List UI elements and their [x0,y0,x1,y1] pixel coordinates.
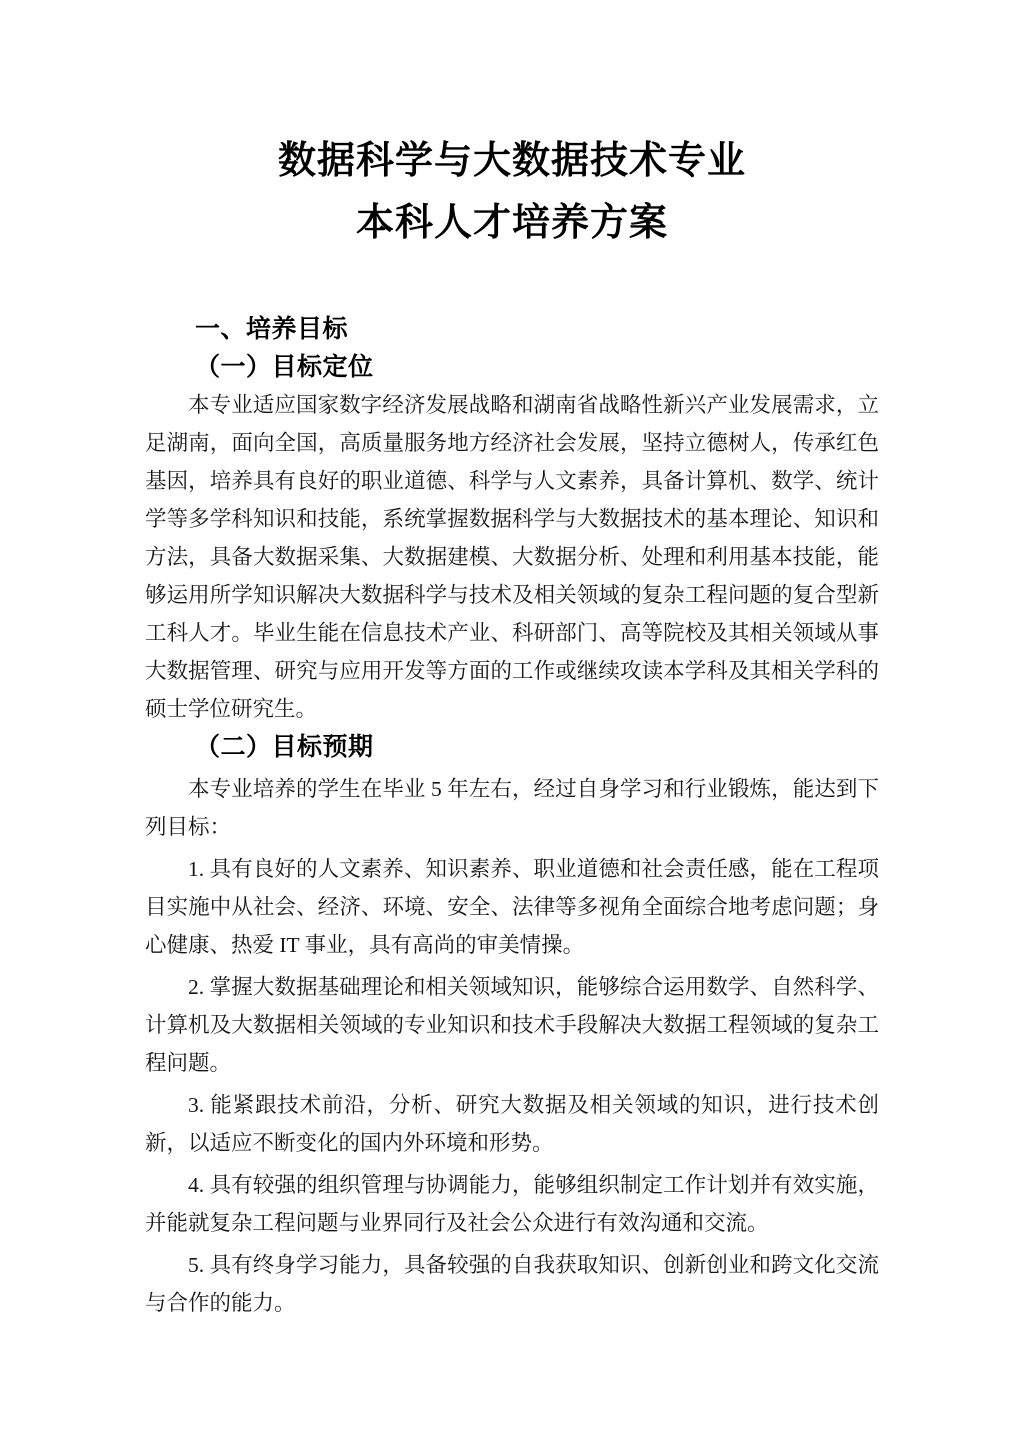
objective-item-4: 4. 具有较强的组织管理与协调能力，能够组织制定工作计划并有效实施，并能就复杂工… [145,1166,879,1242]
subsection-heading-objective-positioning: （一）目标定位 [145,348,879,386]
section-heading-training-objectives: 一、培养目标 [145,310,879,348]
document-title-line-1: 数据科学与大数据技术专业 [145,130,879,192]
document-page: 数据科学与大数据技术专业 本科人才培养方案 一、培养目标 （一）目标定位 本专业… [0,0,1024,1447]
paragraph-objective-positioning: 本专业适应国家数字经济发展战略和湖南省战略性新兴产业发展需求，立足湖南，面向全国… [145,386,879,728]
objective-item-1: 1. 具有良好的人文素养、知识素养、职业道德和社会责任感，能在工程项目实施中从社… [145,850,879,964]
objective-item-5: 5. 具有终身学习能力，具备较强的自我获取知识、创新创业和跨文化交流与合作的能力… [145,1246,879,1322]
subsection-heading-objective-expectations: （二）目标预期 [145,728,879,766]
objective-item-3: 3. 能紧跟技术前沿，分析、研究大数据及相关领域的知识，进行技术创新，以适应不断… [145,1086,879,1162]
document-title: 数据科学与大数据技术专业 本科人才培养方案 [145,130,879,254]
document-content: 数据科学与大数据技术专业 本科人才培养方案 一、培养目标 （一）目标定位 本专业… [145,130,879,1322]
paragraph-objective-expectations-intro: 本专业培养的学生在毕业 5 年左右，经过自身学习和行业锻炼，能达到下列目标： [145,770,879,846]
objective-item-2: 2. 掌握大数据基础理论和相关领域知识，能够综合运用数学、自然科学、计算机及大数… [145,968,879,1082]
document-title-line-2: 本科人才培养方案 [145,192,879,254]
